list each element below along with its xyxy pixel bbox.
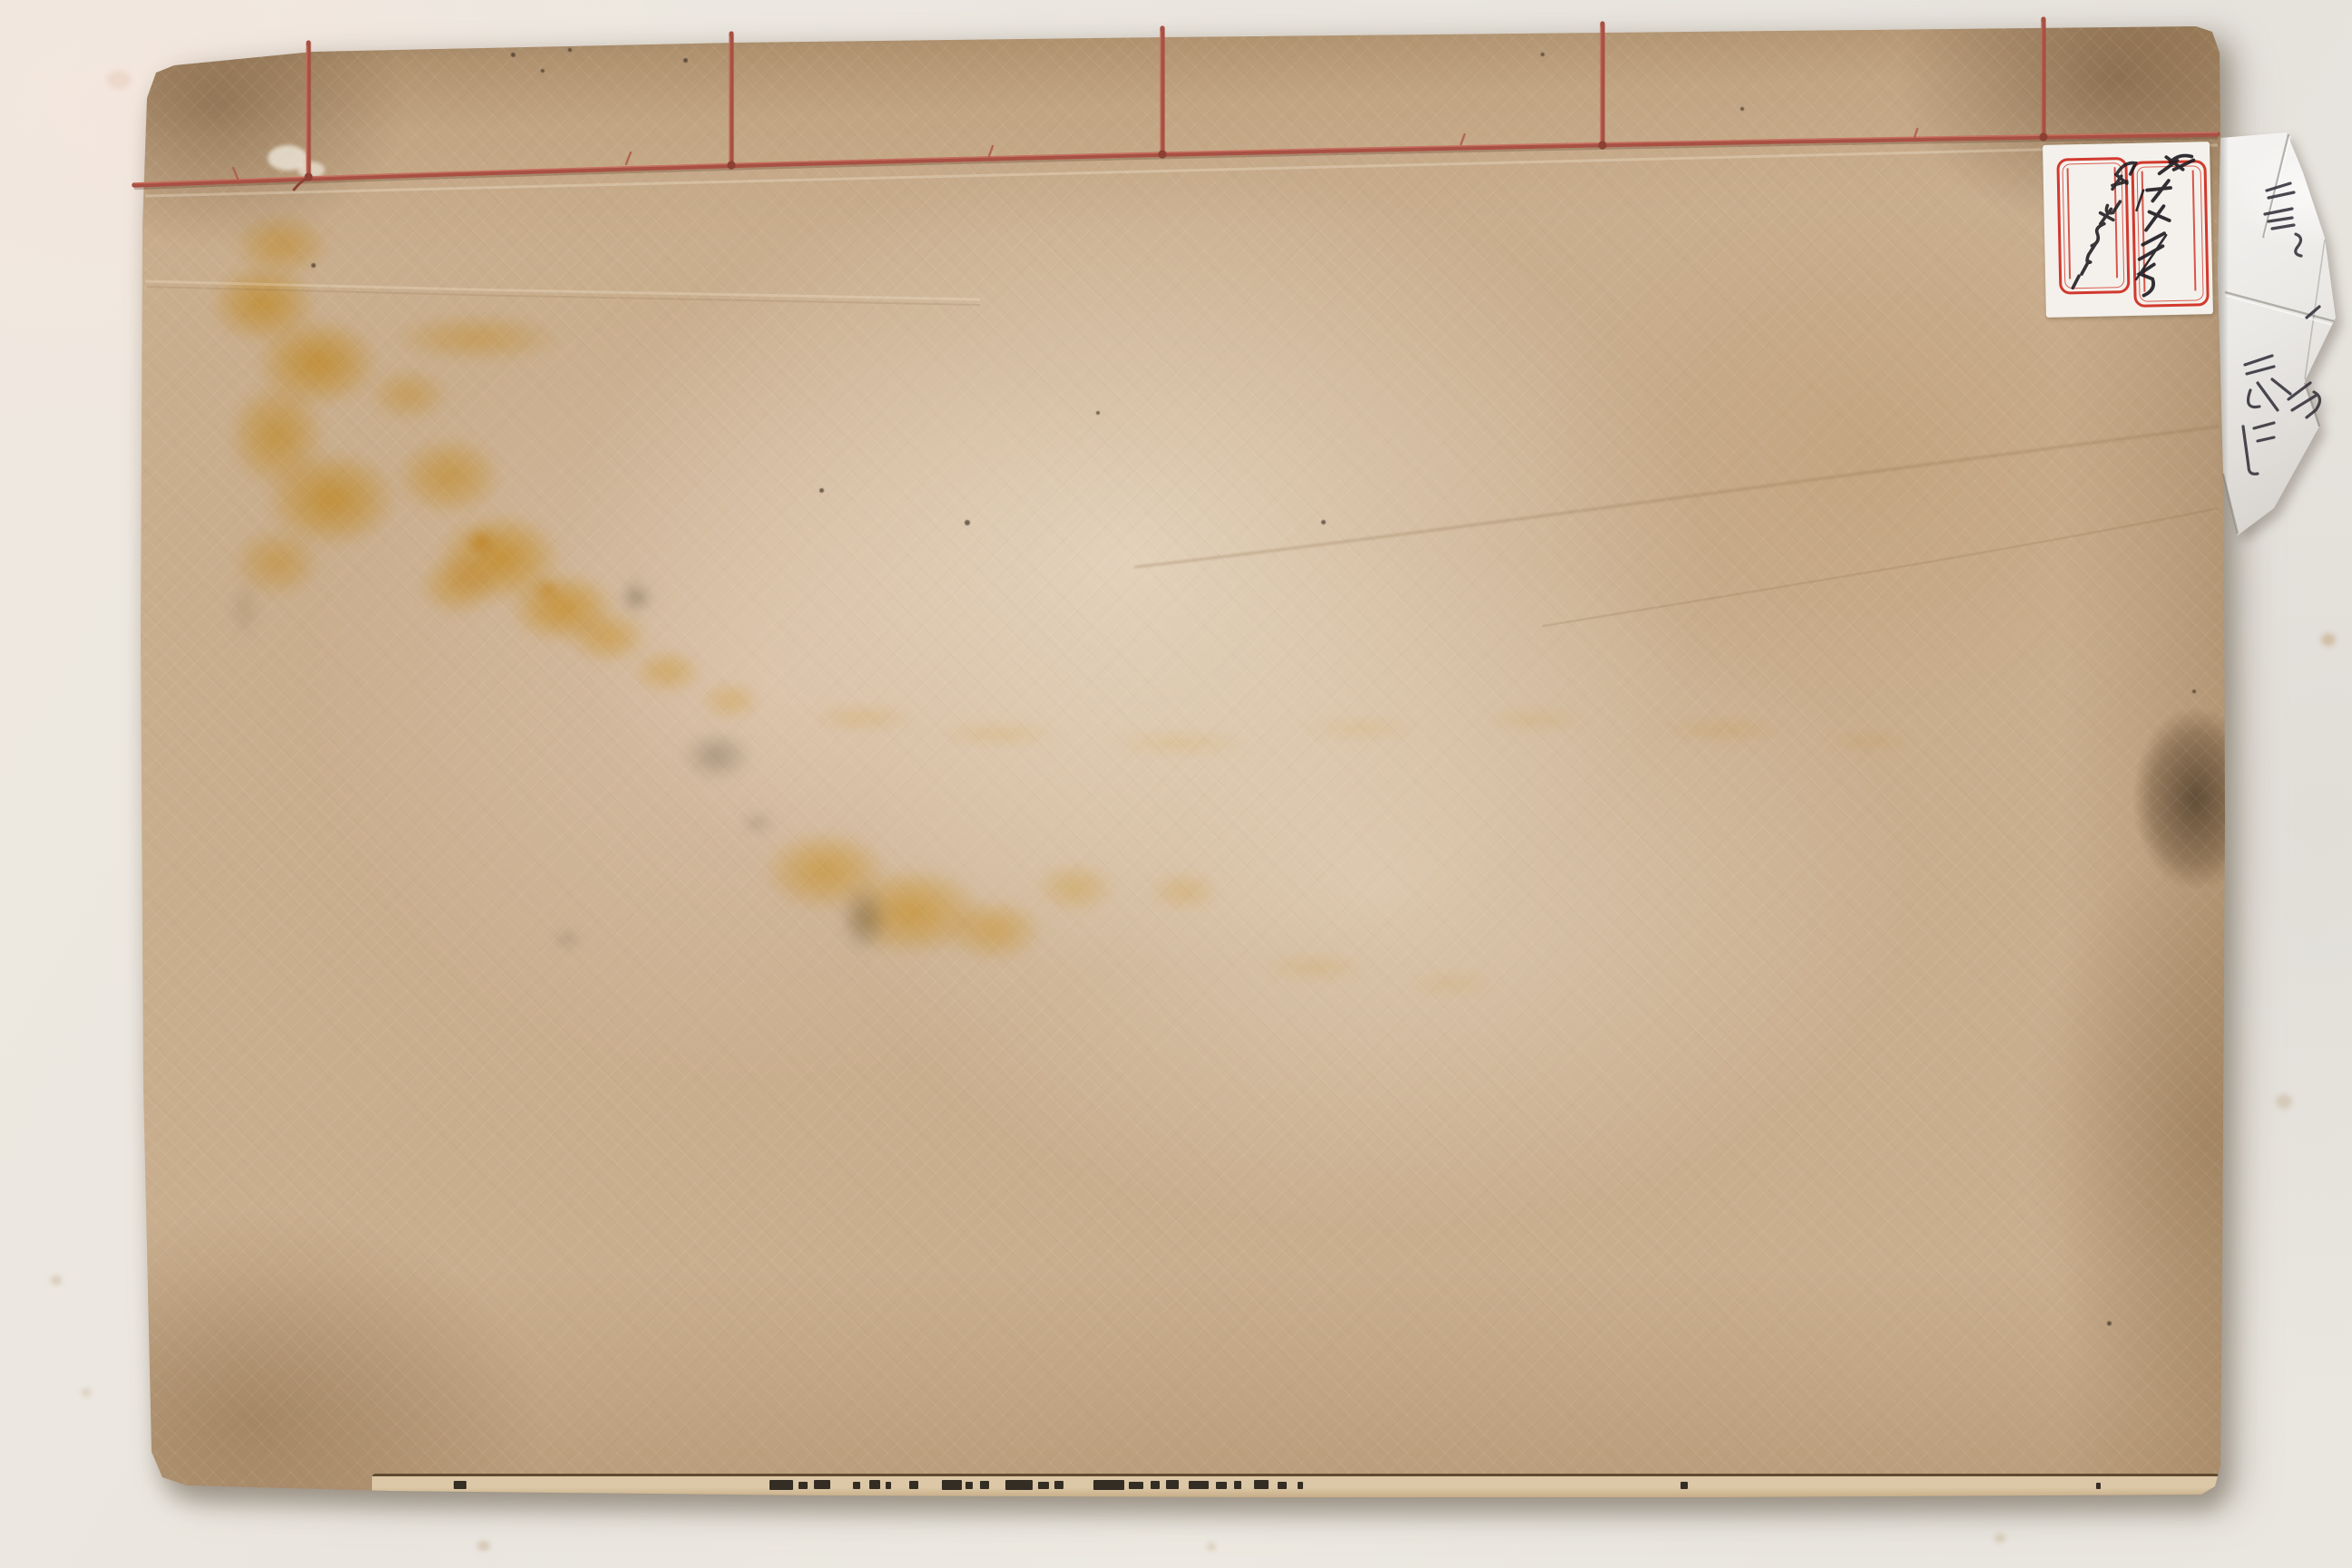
photo-bound-book-scene <box>0 0 2352 1568</box>
page-block-fore-edge <box>372 1474 2220 1497</box>
book-back-cover <box>0 0 2352 1568</box>
paper-slip-surface <box>2212 127 2352 546</box>
paper-slip <box>2212 127 2352 546</box>
cover-edge-shading <box>0 0 2352 1568</box>
catalog-label-sticker <box>2043 142 2213 318</box>
book <box>0 0 2352 1568</box>
